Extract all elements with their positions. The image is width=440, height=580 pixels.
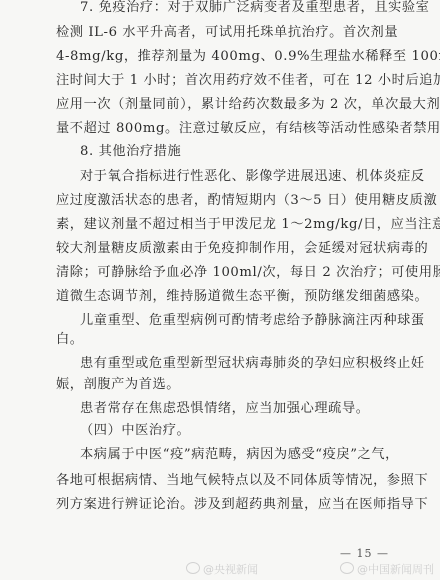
text-line: 8. 其他治疗措施 (80, 143, 386, 161)
text-line: 应用一次（剂量同前），累计给药次数最多为 2 次，单次最大剂 (56, 96, 386, 114)
text-line: 量不超过 800mg。注意过敏反应，有结核等活动性感染者禁用。 (56, 120, 386, 138)
text-line: 检测 IL-6 水平升高者，可试用托珠单抗治疗。首次剂量 (56, 24, 386, 42)
weibo-icon (186, 562, 200, 574)
page-number: — 15 — (340, 547, 389, 560)
text-line: 清除；可静脉给予血必净 100ml/次，每日 2 次治疗；可使用肠 (56, 264, 386, 282)
text-line: 患者常存在焦虑恐惧情绪，应当加强心理疏导。 (80, 400, 386, 418)
text-line: 素，建议剂量不超过相当于甲泼尼龙 1～2mg/kg/日，应当注意 (56, 216, 386, 234)
weibo-icon (340, 562, 354, 574)
text-line: 本病属于中医“疫”病范畴，病因为感受“疫戾”之气， (80, 446, 386, 464)
document-page: 7. 免疫治疗：对于双肺广泛病变者及重型患者，且实验室检测 IL-6 水平升高者… (0, 0, 440, 580)
text-line: 4-8mg/kg，推荐剂量为 400mg、0.9%生理盐水稀释至 100ml，输 (56, 48, 386, 66)
text-line: 列方案进行辨证论治。涉及到超药典剂量，应当在医师指导下 (56, 496, 386, 514)
text-line: 较大剂量糖皮质激素由于免疫抑制作用，会延缓对冠状病毒的 (56, 240, 386, 258)
watermark-cctv-news: @央视新闻 (186, 561, 258, 577)
watermark-china-newsweek: @中国新闻周刊 (340, 561, 434, 577)
text-line: 注时间大于 1 小时；首次用药疗效不佳者，可在 12 小时后追加 (56, 72, 386, 90)
text-line: （四）中医治疗。 (80, 422, 386, 440)
text-line: 应过度激活状态的患者，酌情短期内（3～5 日）使用糖皮质激 (56, 192, 386, 210)
text-line: 7. 免疫治疗：对于双肺广泛病变者及重型患者，且实验室 (80, 0, 386, 17)
text-line: 各地可根据病情、当地气候特点以及不同体质等情况，参照下 (56, 472, 386, 490)
text-line: 儿童重型、危重型病例可酌情考虑给予静脉滴注丙种球蛋 (80, 312, 386, 330)
text-line: 白。 (56, 331, 386, 349)
text-line: 娠，剖腹产为首选。 (56, 376, 386, 394)
text-line: 患有重型或危重型新型冠状病毒肺炎的孕妇应积极终止妊 (80, 355, 386, 373)
text-line: 对于氧合指标进行性恶化、影像学进展迅速、机体炎症反 (80, 168, 386, 186)
text-line: 道微生态调节剂，维持肠道微生态平衡，预防继发细菌感染。 (56, 288, 386, 306)
